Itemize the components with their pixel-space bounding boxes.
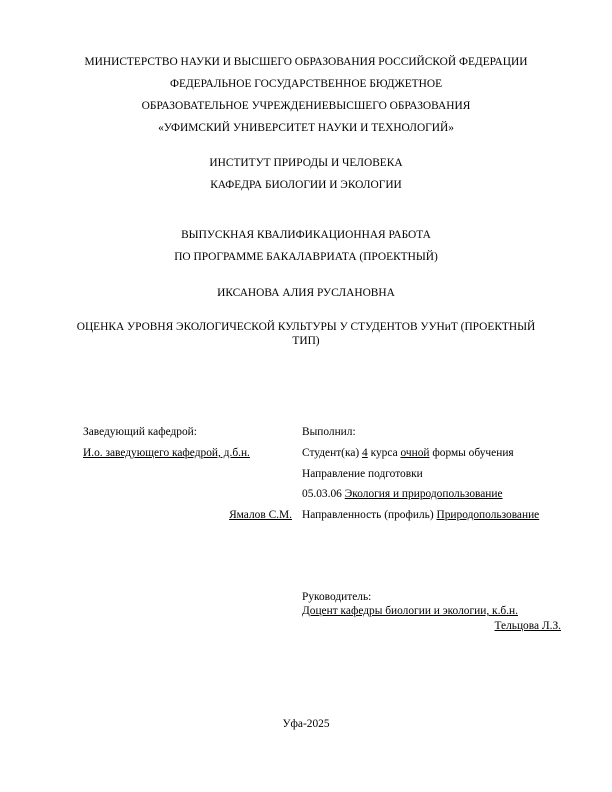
institution-type-line: ФЕДЕРАЛЬНОЕ ГОСУДАРСТВЕННОЕ БЮДЖЕТНОЕ (0, 78, 612, 90)
author-name: ИКСАНОВА АЛИЯ РУСЛАНОВНА (0, 287, 612, 299)
department-name: КАФЕДРА БИОЛОГИИ И ЭКОЛОГИИ (0, 179, 612, 191)
university-name: «УФИМСКИЙ УНИВЕРСИТЕТ НАУКИ И ТЕХНОЛОГИЙ… (0, 122, 612, 134)
supervisor-label: Руководитель: (302, 591, 371, 603)
study-form-suffix: формы обучения (432, 447, 513, 459)
profile-label: Направленность (профиль) (302, 509, 434, 521)
student-course-line: Студент(ка) 4 курса очной формы обучения (302, 447, 514, 459)
supervisor-position: Доцент кафедры биологии и экологии, к.б.… (302, 605, 518, 617)
direction-name: Экология и природопользование (345, 488, 503, 500)
ministry-line: МИНИСТЕРСТВО НАУКИ И ВЫСШЕГО ОБРАЗОВАНИЯ… (0, 56, 612, 68)
head-of-department-position: И.о. заведующего кафедрой, д.б.н. (83, 447, 250, 459)
head-of-department-label: Заведующий кафедрой: (83, 426, 197, 438)
work-type-line-2: ПО ПРОГРАММЕ БАКАЛАВРИАТА (ПРОЕКТНЫЙ) (0, 251, 612, 263)
course-number: 4 (362, 447, 368, 459)
work-title-line-2: ТИП) (0, 335, 612, 347)
student-prefix: Студент(ка) (302, 447, 359, 459)
head-of-department-name: Ямалов С.М. (229, 509, 292, 521)
direction-label: Направление подготовки (302, 468, 423, 480)
profile-line: Направленность (профиль) Природопользова… (302, 509, 539, 521)
performer-label: Выполнил: (302, 426, 356, 438)
direction-code: 05.03.06 (302, 488, 342, 500)
direction-line: 05.03.06 Экология и природопользование (302, 488, 503, 500)
study-form: очной (400, 447, 429, 459)
work-title-line-1: ОЦЕНКА УРОВНЯ ЭКОЛОГИЧЕСКОЙ КУЛЬТУРЫ У С… (0, 321, 612, 333)
work-type-line-1: ВЫПУСКНАЯ КВАЛИФИКАЦИОННАЯ РАБОТА (0, 229, 612, 241)
institute-name: ИНСТИТУТ ПРИРОДЫ И ЧЕЛОВЕКА (0, 157, 612, 169)
supervisor-name: Тельцова Л.З. (494, 620, 561, 632)
institution-type-line-2: ОБРАЗОВАТЕЛЬНОЕ УЧРЕЖДЕНИЕВЫСШЕГО ОБРАЗО… (0, 100, 612, 112)
city-year: Уфа-2025 (0, 718, 612, 730)
profile-name: Природопользование (436, 509, 539, 521)
course-word: курса (371, 447, 398, 459)
